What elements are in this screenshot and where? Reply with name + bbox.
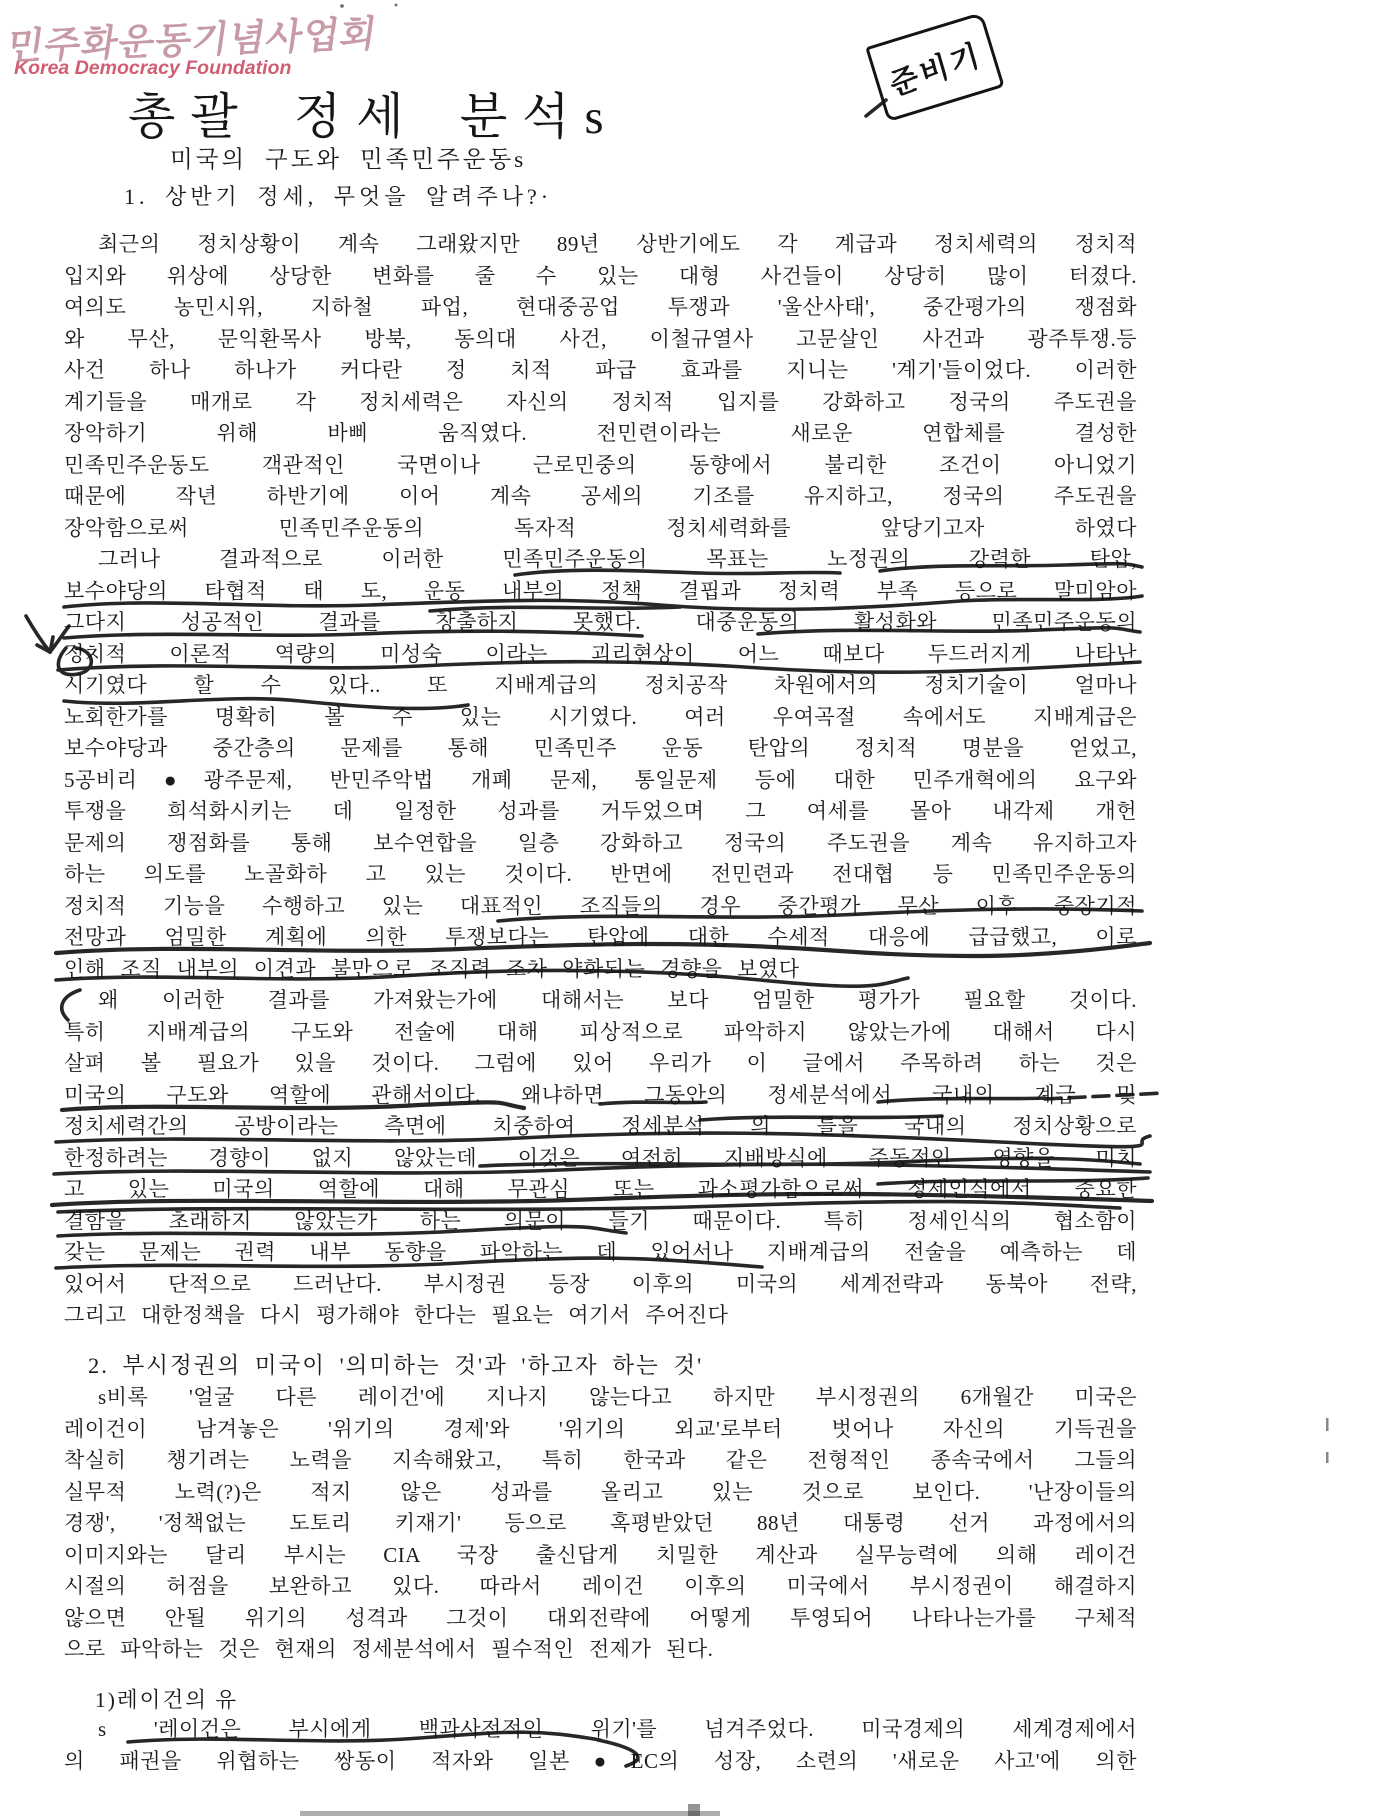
text-line: 이미지와는 달리 부시는 CIA 국장 출신답게 치밀한 계산과 실무능력에 의… [64, 1540, 1137, 1572]
text-line: 있어서 단적으로 드러난다. 부시정권 등장 이후의 미국의 세계전략과 동북아… [64, 1269, 1137, 1301]
subsection-heading: 1)레이건의 유 [95, 1683, 238, 1714]
text-line: 문제의 쟁점화를 통해 보수연합을 일층 강화하고 정국의 주도권을 계속 유지… [64, 828, 1137, 860]
text-line: 인해 조직 내부의 이견과 불만으로 조직력 조차 약화되는 경향을 보였다 [64, 954, 1137, 986]
text-line: 최근의 정치상황이 계속 그래왔지만 89년 상반기에도 각 계급과 정치세력의… [64, 229, 1137, 261]
text-line: 입지와 위상에 상당한 변화를 줄 수 있는 대형 사건들이 상당히 많이 터졌… [64, 261, 1137, 293]
text-line: 민족민주운동도 객관적인 국면이나 근로민중의 동향에서 불리한 조건이 아니었… [64, 450, 1137, 482]
text-line: 정치적 이론적 역량의 미성숙 이라는 괴리현상이 어느 때보다 두드러지게 나… [64, 639, 1137, 671]
text-line: 고 있는 미국의 역할에 대해 무관심 또는 과소평가함으로써 정세인식에서 중… [64, 1174, 1137, 1206]
document-title: 총괄 정세 분석s [128, 78, 619, 148]
text-line: 그리고 대한정책을 다시 평가해야 한다는 필요는 여기서 주어진다 [64, 1300, 1137, 1332]
subsection-body: s '레이건은 부시에게 백과사전적인 위기'를 넘겨주었다. 미국경제의 세계… [64, 1714, 1137, 1777]
text-line: 미국의 구도와 역할에 관해서이다. 왜냐하면 그동안의 정세분석에서 국내의 … [64, 1080, 1137, 1112]
text-line: 그러나 결과적으로 이러한 민족민주운동의 목표는 노정권의 강력한 탄압, [64, 544, 1137, 576]
text-line: 특히 지배계급의 구도와 전술에 대해 피상적으로 파악하지 않았는가에 대해서… [64, 1017, 1137, 1049]
text-line: 그다지 성공적인 결과를 창출하지 못했다. 대중운동의 활성화와 민족민주운동… [64, 607, 1137, 639]
text-line: 착실히 챙기려는 노력을 지속해왔고, 특히 한국과 같은 전형적인 종속국에서… [64, 1445, 1137, 1477]
text-line: 으로 파악하는 것은 현재의 정세분석에서 필수적인 전제가 된다. [64, 1634, 1137, 1666]
text-line: s '레이건은 부시에게 백과사전적인 위기'를 넘겨주었다. 미국경제의 세계… [64, 1714, 1137, 1746]
text-line: s비록 '얼굴 다른 레이건'에 지나지 않는다고 하지만 부시정권의 6개월간… [64, 1382, 1137, 1414]
text-line: 투쟁을 희석화시키는 데 일정한 성과를 거두었으며 그 여세를 몰아 내각제 … [64, 796, 1137, 828]
text-line: 보수야당의 타협적 태 도, 운동 내부의 정책 결핍과 정치력 부족 등으로 … [64, 576, 1137, 608]
text-line: 때문에 작년 하반기에 이어 계속 공세의 기조를 유지하고, 정국의 주도권을 [64, 481, 1137, 513]
text-line: 노회한가를 명확히 볼 수 있는 시기였다. 여러 우여곡절 속에서도 지배계급… [64, 702, 1137, 734]
text-line: 5공비리●광주문제, 반민주악법 개폐 문제, 통일문제 등에 대한 민주개혁에… [64, 765, 1137, 797]
scanned-document-page: 민주화운동기념사업회 Korea Democracy Foundation 준비… [0, 0, 1376, 1820]
handwritten-note-text: 준비기 [884, 29, 986, 104]
text-line: 실무적 노력(?)은 적지 않은 성과를 올리고 있는 것으로 보인다. '난장… [64, 1477, 1137, 1509]
handwritten-note-box: 준비기 [865, 12, 1004, 122]
text-line: 사건 하나 하나가 커다란 정 치적 파급 효과를 지니는 '계기'들이었다. … [64, 355, 1137, 387]
section-1-body: 최근의 정치상황이 계속 그래왔지만 89년 상반기에도 각 계급과 정치세력의… [64, 229, 1137, 1332]
text-line: 의 패권을 위협하는 쌍동이 적자와 일본●EC의 성장, 소련의 '새로운 사… [64, 1746, 1137, 1778]
document-subtitle: 미국의 구도와 민족민주운동s [170, 140, 526, 174]
section-2-heading: 2. 부시정권의 미국이 '의미하는 것'과 '하고자 하는 것' [88, 1348, 703, 1380]
text-line: 시기였다 할 수 있다.. 또 지배계급의 정치공작 차원에서의 정치기술이 얼… [64, 670, 1137, 702]
margin-arrow-icon [26, 616, 69, 652]
text-line: 한정하려는 경향이 없지 않았는데 이것은 여전히 지배방식에 주동적인 영향을… [64, 1143, 1137, 1175]
section-2-body: s비록 '얼굴 다른 레이건'에 지나지 않는다고 하지만 부시정권의 6개월간… [64, 1382, 1137, 1666]
text-line: 레이건이 남겨놓은 '위기의 경제'와 '위기의 외교'로부터 벗어나 자신의 … [64, 1414, 1137, 1446]
text-line: 결함을 초래하지 않았는가 하는 의문이 들기 때문이다. 특히 정세인식의 협… [64, 1206, 1137, 1238]
text-line: 계기들을 매개로 각 정치세력은 자신의 정치적 입지를 강화하고 정국의 주도… [64, 387, 1137, 419]
text-line: 정치세력간의 공방이라는 측면에 치중하여 정세분석 의 틀을 국내의 정치상황… [64, 1111, 1137, 1143]
text-line: 여의도 농민시위, 지하철 파업, 현대중공업 투쟁과 '울산사태', 중간평가… [64, 292, 1137, 324]
text-line: 장악함으로써 민족민주운동의 독자적 정치세력화를 앞당기고자 하였다 [64, 513, 1137, 545]
text-line: 시절의 허점을 보완하고 있다. 따라서 레이건 이후의 미국에서 부시정권이 … [64, 1571, 1137, 1603]
text-line: 않으면 안될 위기의 성격과 그것이 대외전략에 어떻게 투영되어 나타나는가를… [64, 1603, 1137, 1635]
text-line: 경쟁', '정책없는 도토리 키재기' 등으로 혹평받았던 88년 대통령 선거… [64, 1508, 1137, 1540]
text-line: 보수야당과 중간층의 문제를 통해 민족민주 운동 탄압의 정치적 명분을 얻었… [64, 733, 1137, 765]
section-1-heading: 1. 상반기 정세, 무엇을 알려주나?· [124, 180, 552, 211]
text-line: 하는 의도를 노골화하 고 있는 것이다. 반면에 전민련과 전대협 등 민족민… [64, 859, 1137, 891]
text-line: 정치적 기능을 수행하고 있는 대표적인 조직들의 경우 중간평가 무산 이후 … [64, 891, 1137, 923]
text-line: 전망과 엄밀한 계획에 의한 투쟁보다는 탄압에 대한 수세적 대응에 급급했고… [64, 922, 1137, 954]
text-line: 갖는 문제는 권력 내부 동향을 파악하는 데 있어서나 지배계급의 전술을 예… [64, 1237, 1137, 1269]
text-line: 장악하기 위해 바삐 움직였다. 전민련이라는 새로운 연합체를 결성한 [64, 418, 1137, 450]
text-line: 와 무산, 문익환목사 방북, 동의대 사건, 이철규열사 고문살인 사건과 광… [64, 324, 1137, 356]
text-line: 살펴 볼 필요가 있을 것이다. 그럼에 있어 우리가 이 글에서 주목하려 하… [64, 1048, 1137, 1080]
text-line: 왜 이러한 결과를 가져왔는가에 대해서는 보다 엄밀한 평가가 필요할 것이다… [64, 985, 1137, 1017]
archive-logo-english: Korea Democracy Foundation [14, 57, 291, 80]
